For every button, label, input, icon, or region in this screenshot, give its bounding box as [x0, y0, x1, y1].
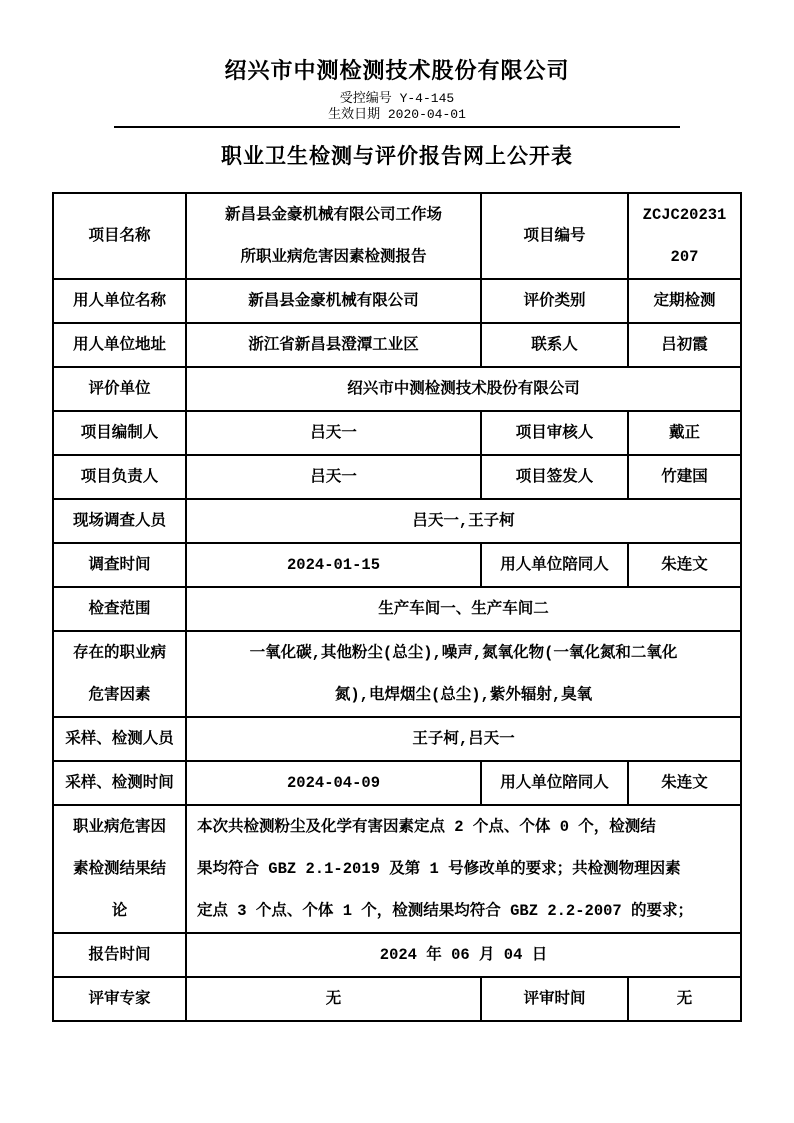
project-issuer-label: 项目签发人: [481, 455, 628, 499]
row-report-date: 报告时间 2024 年 06 月 04 日: [53, 933, 741, 977]
effective-date-line: 生效日期 2020-04-01: [0, 107, 794, 123]
row-project-name: 项目名称 新昌县金豪机械有限公司工作场 所职业病危害因素检测报告 项目编号 ZC…: [53, 193, 741, 279]
project-number-value: ZCJC20231207: [628, 193, 741, 279]
row-employer-name: 用人单位名称 新昌县金豪机械有限公司 评价类别 定期检测: [53, 279, 741, 323]
row-conclusion: 职业病危害因 素检测结果结 论 本次共检测粉尘及化学有害因素定点 2 个点、个体…: [53, 805, 741, 933]
sampling-personnel-label: 采样、检测人员: [53, 717, 186, 761]
row-survey-date: 调查时间 2024-01-15 用人单位陪同人 朱连文: [53, 543, 741, 587]
evaluation-type-value: 定期检测: [628, 279, 741, 323]
review-experts-label: 评审专家: [53, 977, 186, 1021]
employer-escort-label: 用人单位陪同人: [481, 543, 628, 587]
sampling-date-value: 2024-04-09: [186, 761, 481, 805]
project-name-value: 新昌县金豪机械有限公司工作场 所职业病危害因素检测报告: [186, 193, 481, 279]
row-evaluation-org: 评价单位 绍兴市中测检测技术股份有限公司: [53, 367, 741, 411]
project-compiler-value: 吕天一: [186, 411, 481, 455]
control-number-line: 受控编号 Y-4-145: [0, 91, 794, 107]
sampling-personnel-value: 王子柯,吕天一: [186, 717, 741, 761]
review-date-label: 评审时间: [481, 977, 628, 1021]
inspection-scope-value: 生产车间一、生产车间二: [186, 587, 741, 631]
inspection-scope-label: 检查范围: [53, 587, 186, 631]
evaluation-org-value: 绍兴市中测检测技术股份有限公司: [186, 367, 741, 411]
project-name-label: 项目名称: [53, 193, 186, 279]
row-employer-address: 用人单位地址 浙江省新昌县澄潭工业区 联系人 吕初霞: [53, 323, 741, 367]
review-date-value: 无: [628, 977, 741, 1021]
site-survey-personnel-value: 吕天一,王子柯: [186, 499, 741, 543]
survey-date-label: 调查时间: [53, 543, 186, 587]
project-issuer-value: 竹建国: [628, 455, 741, 499]
employer-escort-value: 朱连文: [628, 543, 741, 587]
conclusion-value: 本次共检测粉尘及化学有害因素定点 2 个点、个体 0 个，检测结 果均符合 GB…: [186, 805, 741, 933]
hazard-factors-value: 一氧化碳,其他粉尘(总尘),噪声,氮氧化物(一氧化氮和二氧化 氮),电焊烟尘(总…: [186, 631, 741, 717]
project-reviewer-value: 戴正: [628, 411, 741, 455]
evaluation-org-label: 评价单位: [53, 367, 186, 411]
form-title: 职业卫生检测与评价报告网上公开表: [0, 144, 794, 170]
employer-name-value: 新昌县金豪机械有限公司: [186, 279, 481, 323]
row-sampling-personnel: 采样、检测人员 王子柯,吕天一: [53, 717, 741, 761]
project-leader-label: 项目负责人: [53, 455, 186, 499]
employer-escort2-value: 朱连文: [628, 761, 741, 805]
report-table: 项目名称 新昌县金豪机械有限公司工作场 所职业病危害因素检测报告 项目编号 ZC…: [52, 192, 742, 1022]
report-date-label: 报告时间: [53, 933, 186, 977]
contact-person-value: 吕初霞: [628, 323, 741, 367]
conclusion-label: 职业病危害因 素检测结果结 论: [53, 805, 186, 933]
header-divider: [114, 126, 680, 128]
project-compiler-label: 项目编制人: [53, 411, 186, 455]
employer-escort2-label: 用人单位陪同人: [481, 761, 628, 805]
row-review-experts: 评审专家 无 评审时间 无: [53, 977, 741, 1021]
row-hazard-factors: 存在的职业病 危害因素 一氧化碳,其他粉尘(总尘),噪声,氮氧化物(一氧化氮和二…: [53, 631, 741, 717]
row-sampling-date: 采样、检测时间 2024-04-09 用人单位陪同人 朱连文: [53, 761, 741, 805]
project-number-label: 项目编号: [481, 193, 628, 279]
sampling-date-label: 采样、检测时间: [53, 761, 186, 805]
row-inspection-scope: 检查范围 生产车间一、生产车间二: [53, 587, 741, 631]
row-project-leader: 项目负责人 吕天一 项目签发人 竹建国: [53, 455, 741, 499]
company-name: 绍兴市中测检测技术股份有限公司: [0, 57, 794, 85]
review-experts-value: 无: [186, 977, 481, 1021]
row-site-survey-personnel: 现场调查人员 吕天一,王子柯: [53, 499, 741, 543]
hazard-factors-label: 存在的职业病 危害因素: [53, 631, 186, 717]
document-page: 绍兴市中测检测技术股份有限公司 受控编号 Y-4-145 生效日期 2020-0…: [0, 0, 794, 1123]
employer-name-label: 用人单位名称: [53, 279, 186, 323]
document-header: 绍兴市中测检测技术股份有限公司 受控编号 Y-4-145 生效日期 2020-0…: [0, 57, 794, 170]
employer-address-value: 浙江省新昌县澄潭工业区: [186, 323, 481, 367]
project-leader-value: 吕天一: [186, 455, 481, 499]
project-reviewer-label: 项目审核人: [481, 411, 628, 455]
contact-person-label: 联系人: [481, 323, 628, 367]
evaluation-type-label: 评价类别: [481, 279, 628, 323]
employer-address-label: 用人单位地址: [53, 323, 186, 367]
row-project-compiler: 项目编制人 吕天一 项目审核人 戴正: [53, 411, 741, 455]
survey-date-value: 2024-01-15: [186, 543, 481, 587]
report-date-value: 2024 年 06 月 04 日: [186, 933, 741, 977]
site-survey-personnel-label: 现场调查人员: [53, 499, 186, 543]
